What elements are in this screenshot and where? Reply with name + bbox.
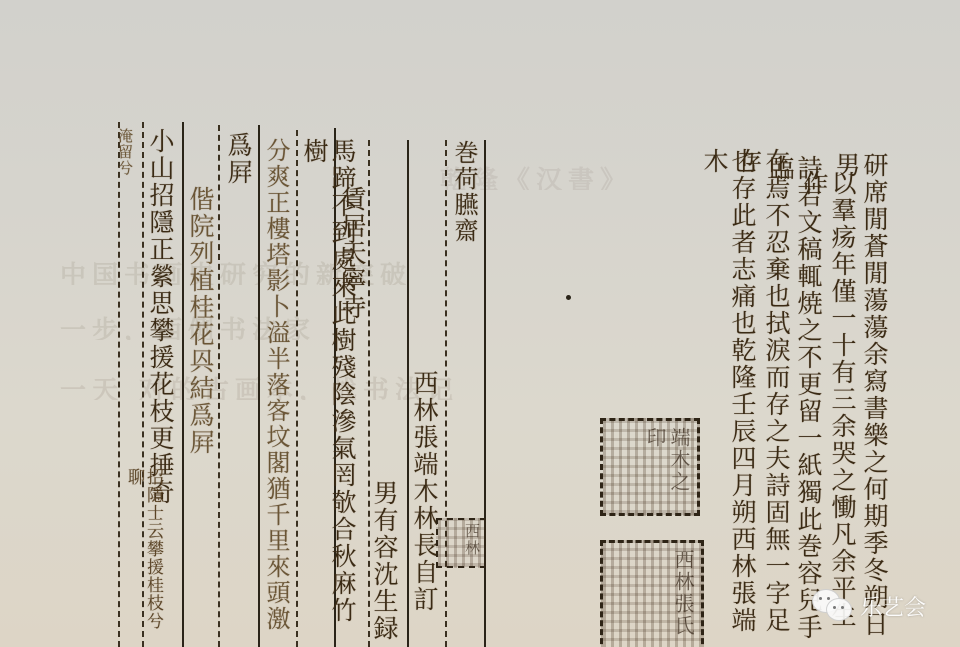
column-rule [182,122,184,647]
seal-lower-text: 西林張氏 [609,549,695,644]
column-rule [484,140,486,647]
edge-fragment: 淹留兮 [116,128,133,176]
poem-2-title-tail: 爲屛 [224,132,252,186]
column-rule [218,125,220,647]
column-rule [118,122,120,647]
poem-2-annotation: 招隱士云攀援桂枝兮聊 [124,468,162,647]
column-rule [407,140,409,647]
watermark-label: 乐艺会 [860,591,926,622]
poem-1-line-1: 馬蹄不到處來此樹殘陰滲氣罔欹合秋麻竹樹 [300,138,356,647]
seal-upper-text: 端木之印 [609,427,691,507]
colophon-column-5: 也存此者志痛也乾隆壬辰四月朔西林張端木 [700,148,756,647]
column-rule [258,125,260,647]
wechat-icon [812,589,854,623]
column-rule [296,130,298,647]
editor-line: 男有容沈生録 [370,480,398,642]
poem-2-title: 偕院列植桂花㒷結爲屛 [186,186,214,456]
manuscript-title: 巻荷臙齋 [450,140,478,244]
document-photo: 乾隆《汉書》 中国书画史研究的新突破 一步，西侧书法家 一天 对的古画本，战书法… [0,0,960,647]
column-rule [445,140,447,647]
author-seal: 西林 [436,518,486,568]
ink-dot [566,295,571,300]
seal-lower: 西林張氏 [600,540,704,647]
poem-2-line: 小山招隱正縈思攀援花枝更捶奇 [146,128,174,506]
poem-1-line-2: 分爽正樓塔影卜溢半落客坟閣猶千里來頭激 [262,138,290,632]
author-line: 西林張端木林長自訂 [410,370,438,613]
author-seal-text: 西林 [441,523,481,563]
wechat-watermark: 乐艺会 [812,588,926,624]
seal-upper: 端木之印 [600,418,700,516]
